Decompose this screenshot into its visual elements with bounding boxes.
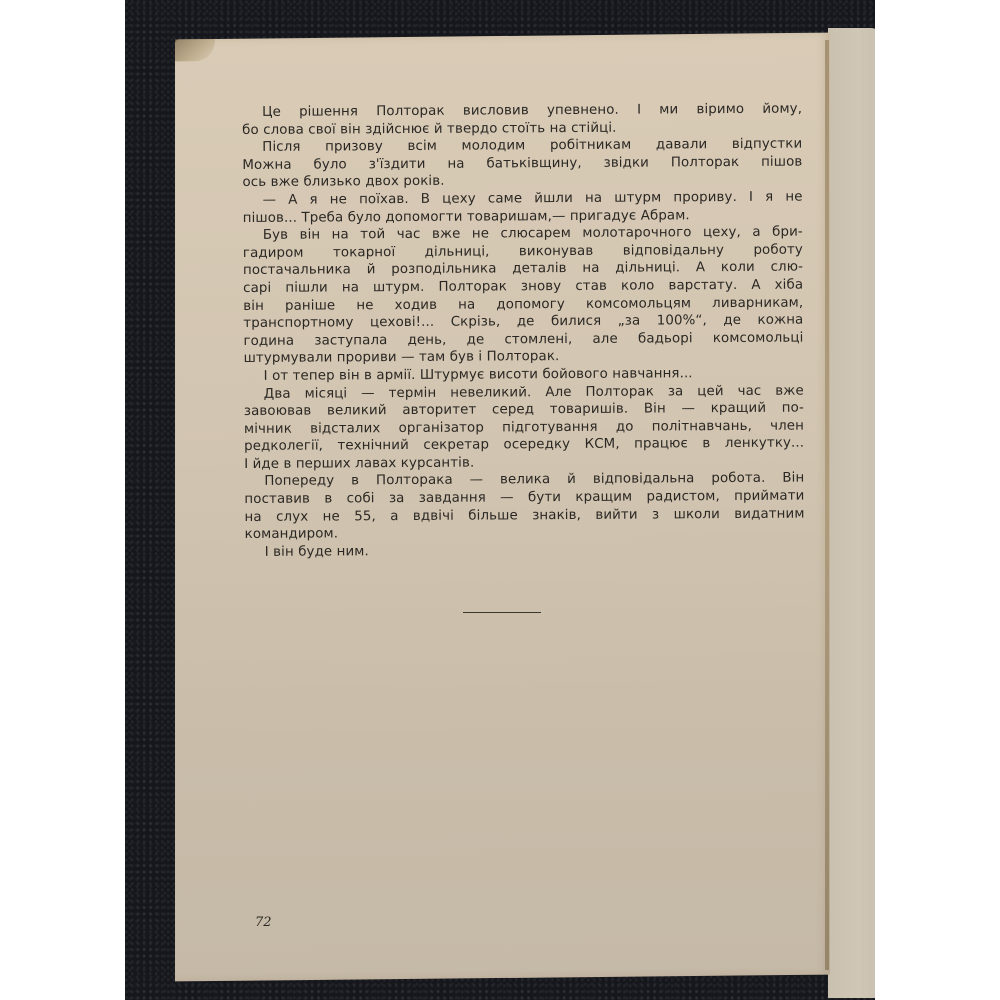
book-photo: Це рішення Полторак висловив упевнено. І… — [125, 0, 875, 1000]
paragraph: Це рішення Полторак висловив упевнено. І… — [242, 101, 802, 140]
facing-page — [828, 28, 875, 998]
paragraph: Попереду в Полторака — велика й відповід… — [244, 470, 804, 544]
section-separator-line — [463, 612, 541, 613]
text-line: І він буде ним. — [245, 540, 805, 561]
paragraph: Після призову всім молодим робітникам да… — [242, 136, 802, 192]
paragraph: Два місяці — термін невеликий. Але Полто… — [244, 382, 805, 473]
paragraph: Був він на той час вже не слюсарем молот… — [243, 224, 804, 368]
text-line: на слух не 55, а вдвічі більше знаків, в… — [244, 505, 804, 526]
page-number: 72 — [255, 915, 272, 930]
paragraph: І він буде ним. — [245, 540, 805, 561]
page-body-text: Це рішення Полторак висловив упевнено. І… — [242, 101, 805, 562]
text-line: Це рішення Полторак висловив упевнено. І… — [242, 101, 802, 122]
text-line: — А я не поїхав. В цеху саме йшли на шту… — [243, 189, 803, 210]
book-spine-gutter — [825, 40, 829, 970]
text-line: редколегії, технічний секретар осередку … — [244, 435, 804, 456]
paragraph: — А я не поїхав. В цеху саме йшли на шту… — [243, 189, 803, 228]
